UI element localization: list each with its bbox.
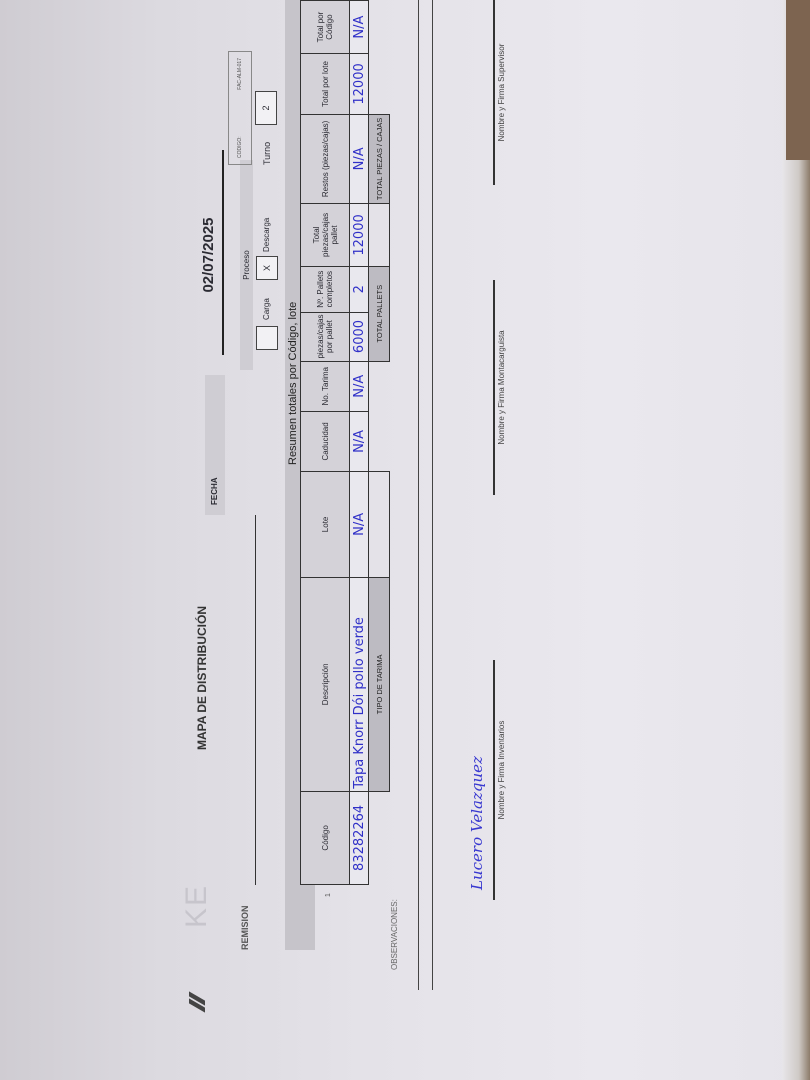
- cell-descripcion[interactable]: Tapa Knorr Dói pollo verde: [350, 577, 369, 791]
- col-no-tarima: No. Tarima: [301, 361, 350, 411]
- total-pallets-value[interactable]: [369, 204, 390, 267]
- form-code-value: FAC-ALM-017: [237, 58, 243, 90]
- totals-row: TIPO DE TARIMA TOTAL PALLETS TOTAL PIEZA…: [369, 1, 390, 885]
- supervisor-signature-line[interactable]: [493, 0, 495, 185]
- cell-restos[interactable]: N/A: [350, 114, 369, 203]
- table-row: 83282264 Tapa Knorr Dói pollo verde N/A …: [350, 1, 369, 885]
- col-lote: Lote: [301, 471, 350, 577]
- cell-total-piezas-pallet[interactable]: 12000: [350, 204, 369, 267]
- summary-title: Resumen totales por Código, lote: [287, 302, 299, 465]
- row-number: 1: [325, 893, 332, 897]
- col-total-por-lote: Total por lote: [301, 54, 350, 115]
- tipo-tarima-label: TIPO DE TARIMA: [369, 577, 390, 791]
- form-code-label: CODIGO:: [237, 136, 243, 158]
- descarga-label: Descarga: [262, 218, 271, 252]
- remision-field[interactable]: [255, 515, 256, 885]
- carga-label: Carga: [262, 298, 271, 320]
- supervisor-label: Nombre y Firma Supervisor: [497, 5, 506, 180]
- cell-pallets-completos[interactable]: 2: [350, 266, 369, 312]
- carga-checkbox[interactable]: [256, 326, 278, 350]
- cell-lote[interactable]: N/A: [350, 471, 369, 577]
- total-pallets-label: TOTAL PALLETS: [369, 266, 390, 361]
- total-piezas-label: TOTAL PIEZAS / CAJAS: [369, 114, 390, 203]
- fecha-underline: [222, 150, 224, 355]
- logo-text: KE: [180, 884, 214, 928]
- col-descripcion: Descripción: [301, 577, 350, 791]
- montacarguista-signature-line[interactable]: [493, 280, 495, 495]
- proceso-label: Proceso: [240, 160, 253, 370]
- summary-table: Código Descripción Lote Caducidad No. Ta…: [300, 0, 390, 885]
- fecha-value[interactable]: 02/07/2025: [200, 155, 217, 355]
- cell-no-tarima[interactable]: N/A: [350, 361, 369, 411]
- montacarguista-label: Nombre y Firma Montacarguista: [497, 295, 506, 480]
- table-header-row: Código Descripción Lote Caducidad No. Ta…: [301, 1, 350, 885]
- turno-label: Turno: [262, 142, 272, 165]
- form-code-box: CODIGO: FAC-ALM-017: [228, 51, 252, 165]
- col-codigo: Código: [301, 791, 350, 884]
- col-pallets-completos: Nº. Pallets completos: [301, 266, 350, 312]
- turno-field[interactable]: 2: [255, 91, 277, 125]
- logo-mark-icon: [189, 994, 205, 1010]
- fecha-label: FECHA: [205, 375, 225, 515]
- observaciones-label: OBSERVACIONES:: [390, 899, 399, 970]
- distribution-map-form: KE MAPA DE DISTRIBUCIÓN REMISION FECHA 0…: [0, 0, 790, 1080]
- cell-caducidad[interactable]: N/A: [350, 411, 369, 471]
- col-total-piezas-pallet: Total piezas/cajas pallet: [301, 204, 350, 267]
- remision-label: REMISION: [240, 905, 250, 950]
- tipo-tarima-value[interactable]: [369, 471, 390, 577]
- cell-codigo[interactable]: 83282264: [350, 791, 369, 884]
- col-restos: Restos (piezas/cajas): [301, 114, 350, 203]
- cell-total-por-lote[interactable]: 12000: [350, 54, 369, 115]
- form-title: MAPA DE DISTRIBUCIÓN: [195, 606, 209, 750]
- cell-piezas-por-pallet[interactable]: 6000: [350, 312, 369, 361]
- observaciones-line-2[interactable]: [432, 0, 433, 990]
- cell-total-por-codigo[interactable]: N/A: [350, 1, 369, 54]
- col-piezas-por-pallet: piezas/cajas por pallet: [301, 312, 350, 361]
- inventarios-label: Nombre y Firma Inventarios: [497, 680, 506, 860]
- col-total-por-codigo: Total por Código: [301, 1, 350, 54]
- company-logo: KE: [180, 884, 214, 1010]
- descarga-checkbox[interactable]: X: [256, 256, 278, 280]
- inventarios-signature-line[interactable]: [493, 660, 495, 900]
- col-caducidad: Caducidad: [301, 411, 350, 471]
- observaciones-line-1[interactable]: [418, 0, 419, 990]
- inventarios-signature: Lucero Velazquez: [468, 756, 486, 890]
